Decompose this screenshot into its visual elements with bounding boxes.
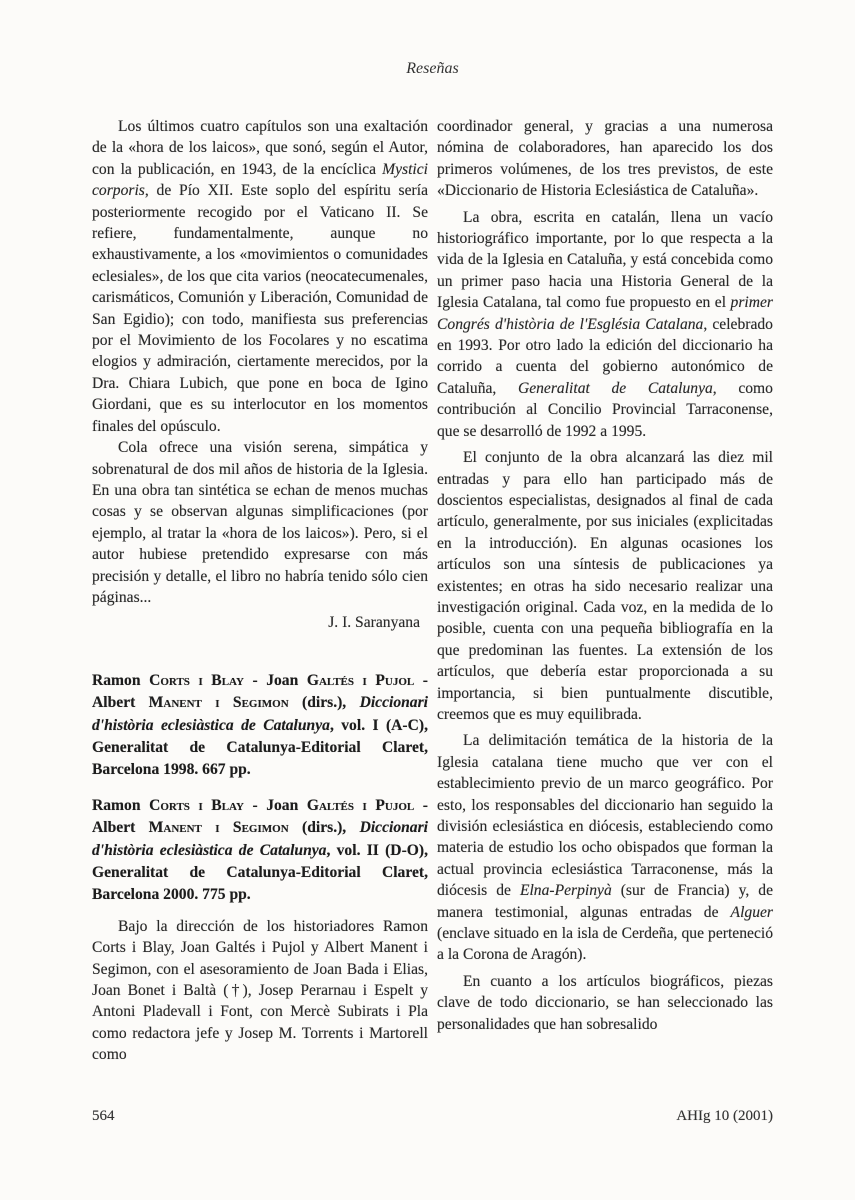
review-paragraph: El conjunto de la obra alcanzará las die… <box>437 447 773 725</box>
review-paragraph: Los últimos cuatro capítulos son una exa… <box>92 116 428 437</box>
right-column: coordinador general, y gracias a una num… <box>437 116 773 1066</box>
text-columns: Los últimos cuatro capítulos son una exa… <box>92 116 773 1066</box>
review-paragraph-continuation: coordinador general, y gracias a una num… <box>437 116 773 202</box>
review-paragraph: Bajo la dirección de los historiadores R… <box>92 916 428 1066</box>
reviewer-signature: J. I. Saranyana <box>92 612 428 633</box>
running-head-title: Reseñas <box>92 60 773 78</box>
page-footer: 564 AHIg 10 (2001) <box>92 1108 773 1125</box>
review-paragraph: La obra, escrita en catalán, llena un va… <box>437 207 773 442</box>
scanned-journal-page: Reseñas Los últimos cuatro capítulos son… <box>0 0 855 1200</box>
left-column: Los últimos cuatro capítulos son una exa… <box>92 116 428 1066</box>
book-reference-vol2: Ramon Corts i Blay - Joan Galtés i Pujol… <box>92 795 428 907</box>
review-paragraph: Cola ofrece una visión serena, simpática… <box>92 437 428 608</box>
journal-citation: AHIg 10 (2001) <box>676 1108 773 1125</box>
review-paragraph: En cuanto a los artículos biográficos, p… <box>437 971 773 1035</box>
book-reference-vol1: Ramon Corts i Blay - Joan Galtés i Pujol… <box>92 670 428 782</box>
page-number: 564 <box>92 1108 115 1125</box>
review-paragraph: La delimitación temática de la historia … <box>437 730 773 965</box>
